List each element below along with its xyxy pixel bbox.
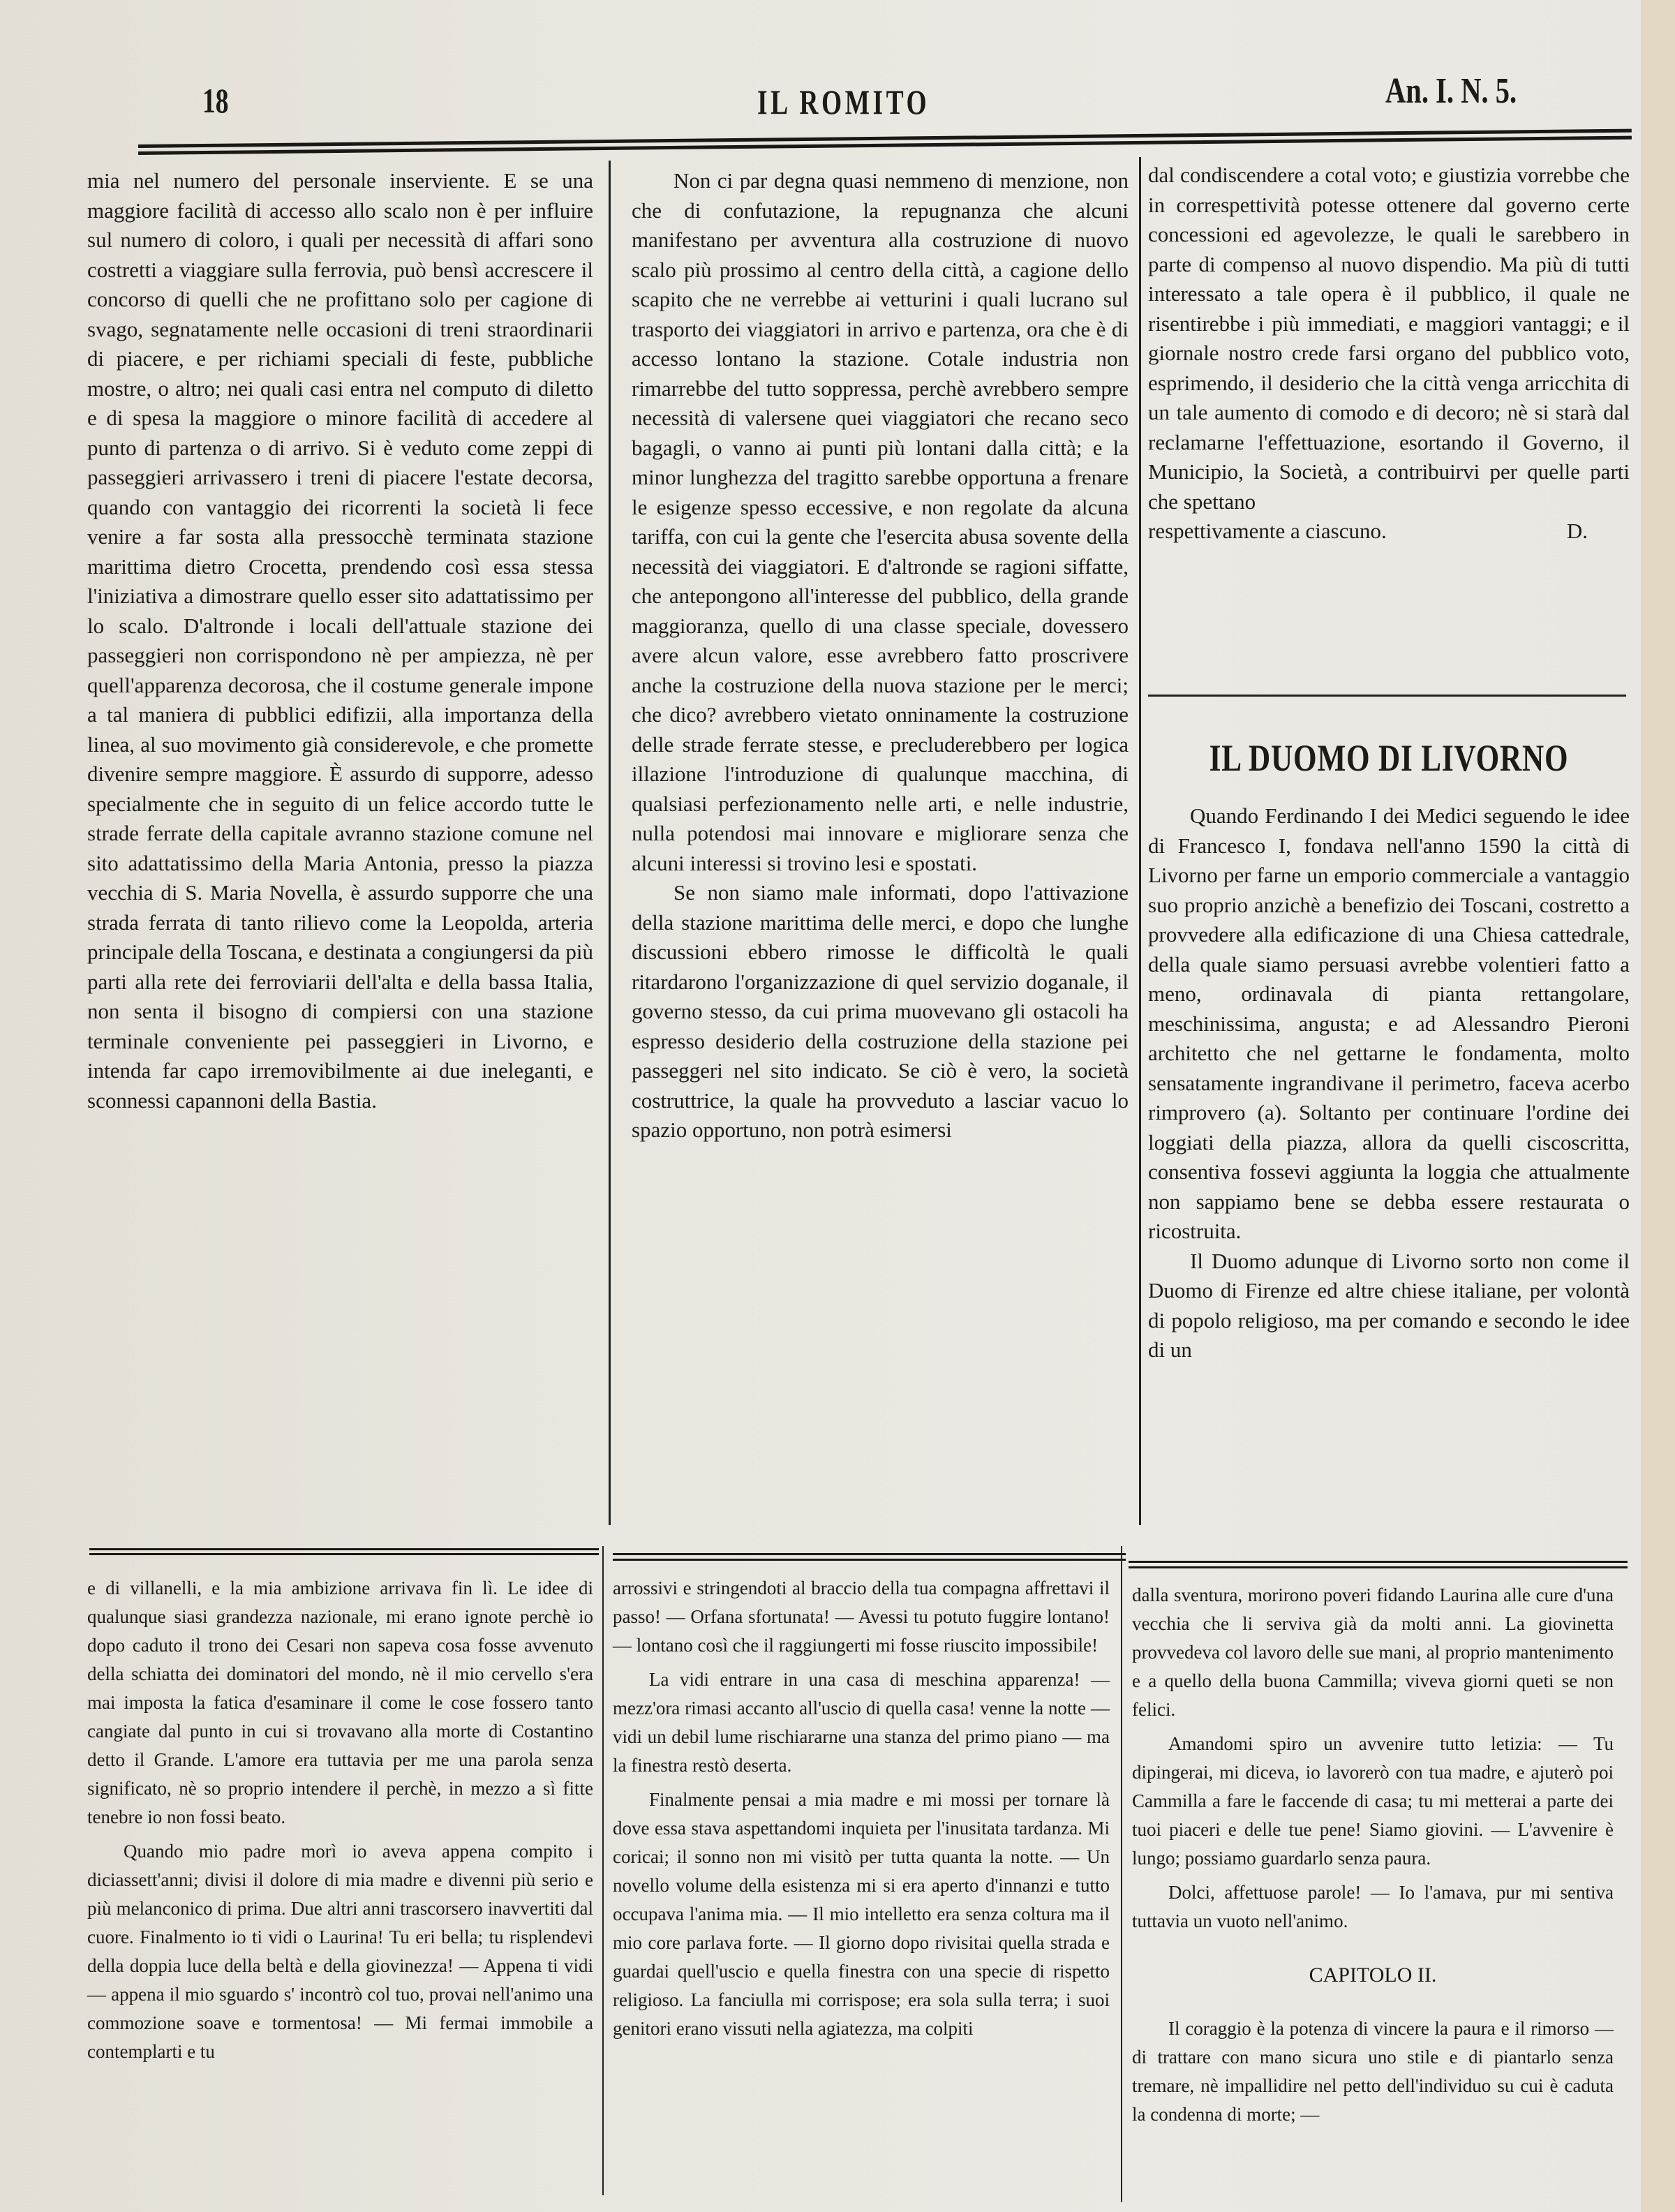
- feuilleton-column-1: e di villanelli, e la mia ambizione arri…: [87, 1574, 593, 2066]
- feuilleton-paragraph: dalla sventura, morirono poveri fidando …: [1132, 1581, 1614, 1724]
- article-paragraph: Quando Ferdinando I dei Medici seguendo …: [1148, 801, 1630, 1247]
- signature-line: respettivamente a ciascuno. D.: [1148, 517, 1630, 547]
- column-divider: [1139, 157, 1141, 1525]
- article-paragraph: Se non siamo male informati, dopo l'atti…: [632, 878, 1129, 1145]
- author-signature: D.: [1567, 517, 1630, 547]
- feuilleton-paragraph: Il coraggio è la potenza di vincere la p…: [1132, 2014, 1614, 2129]
- chapter-heading: CAPITOLO II.: [1132, 1961, 1614, 1989]
- column-divider: [609, 161, 611, 1525]
- feuilleton-column-2: arrossivi e stringendoti al braccio dell…: [613, 1574, 1110, 2043]
- article-paragraph: Il Duomo adunque di Livorno sorto non co…: [1148, 1247, 1630, 1365]
- feuilleton-rule: [613, 1553, 1126, 1561]
- duomo-article-title: IL DUOMO DI LIVORNO: [1196, 736, 1581, 780]
- column-divider: [1121, 1546, 1122, 2202]
- feuilleton-rule: [1129, 1561, 1628, 1568]
- feuilleton-paragraph: arrossivi e stringendoti al braccio dell…: [613, 1574, 1110, 1660]
- issue-number: An. I. N. 5.: [1385, 70, 1517, 112]
- newspaper-page: 18 IL ROMITO An. I. N. 5. mia nel numero…: [0, 0, 1641, 2212]
- article-column-3: dal condiscendere a cotal voto; e giusti…: [1148, 161, 1630, 547]
- feuilleton-paragraph: Dolci, affettuose parole! — Io l'amava, …: [1132, 1878, 1614, 1936]
- article-paragraph: mia nel numero del personale inserviente…: [87, 166, 593, 1115]
- newspaper-title: IL ROMITO: [757, 82, 930, 122]
- article-paragraph: dal condiscendere a cotal voto; e giusti…: [1148, 161, 1630, 517]
- page-number: 18: [202, 80, 229, 121]
- feuilleton-paragraph: Finalmente pensai a mia madre e mi mossi…: [613, 1786, 1110, 2043]
- page-header: 18 IL ROMITO An. I. N. 5.: [0, 66, 1641, 129]
- article-column-2: Non ci par degna quasi nemmeno di menzio…: [632, 166, 1129, 1145]
- feuilleton-column-3: dalla sventura, morirono poveri fidando …: [1132, 1581, 1614, 2129]
- feuilleton-paragraph: Amandomi spiro un avvenire tutto letizia…: [1132, 1730, 1614, 1873]
- closing-text: respettivamente a ciascuno.: [1148, 517, 1387, 547]
- article-separator: [1148, 695, 1626, 697]
- duomo-article-body: Quando Ferdinando I dei Medici seguendo …: [1148, 801, 1630, 1365]
- header-double-rule: [138, 129, 1632, 155]
- page-edge: [1641, 0, 1675, 2212]
- column-divider: [602, 1546, 604, 2195]
- feuilleton-rule: [89, 1548, 599, 1555]
- article-paragraph: Non ci par degna quasi nemmeno di menzio…: [632, 166, 1129, 878]
- feuilleton-paragraph: Quando mio padre morì io aveva appena co…: [87, 1837, 593, 2066]
- feuilleton-paragraph: e di villanelli, e la mia ambizione arri…: [87, 1574, 593, 1832]
- article-column-1: mia nel numero del personale inserviente…: [87, 166, 593, 1115]
- feuilleton-paragraph: La vidi entrare in una casa di meschina …: [613, 1665, 1110, 1780]
